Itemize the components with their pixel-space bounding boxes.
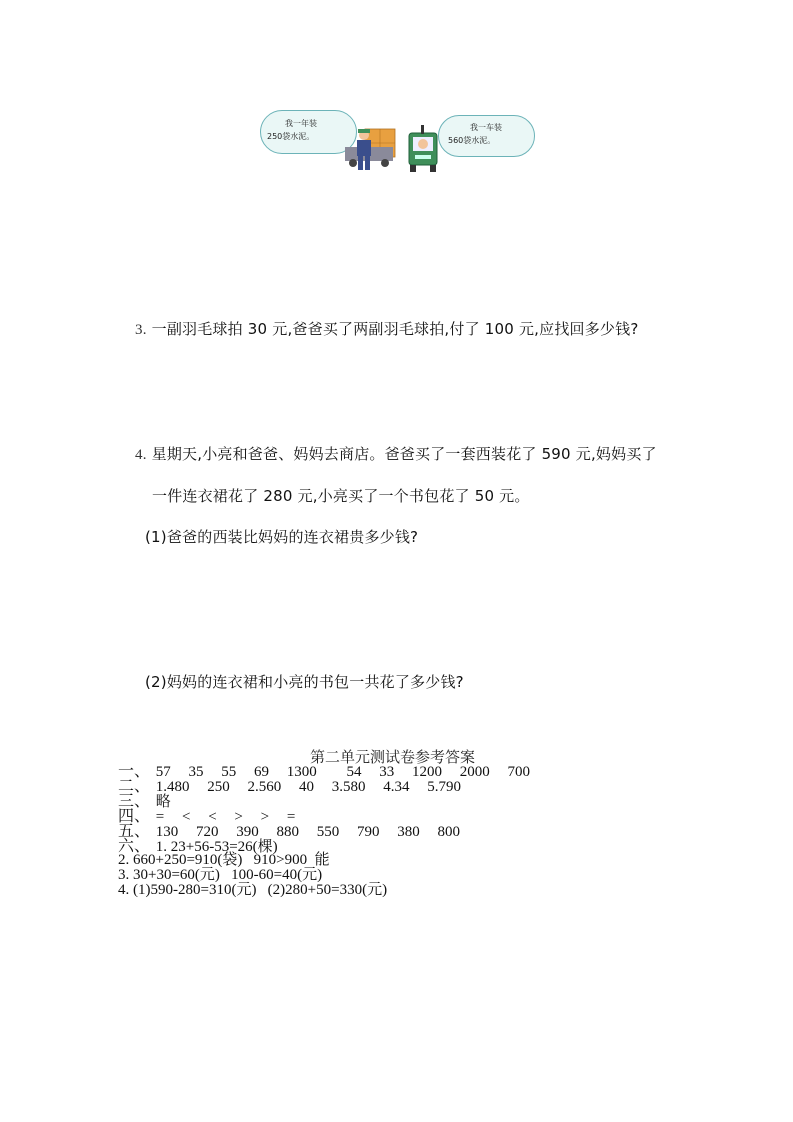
answer-item: 40 — [299, 780, 314, 795]
answer-row-5: 五、 130 720 390 880 550 790 380 800 — [118, 823, 544, 838]
answer-row-3: 三、 略 — [118, 793, 544, 808]
answer-item: 250 — [207, 780, 230, 795]
green-truck-icon — [407, 125, 439, 173]
answer-row-1: 一、 57 35 55 69 1300 54 33 1200 2000 700 — [118, 763, 544, 778]
answer-item: 800 — [438, 825, 461, 840]
answer-extra-line-2: 3. 30+30=60(元) 100-60=40(元) — [118, 868, 544, 883]
answer-item: 3.580 — [332, 780, 366, 795]
question-4-sub2: (2)妈妈的连衣裙和小亮的书包一共花了多少钱? — [145, 671, 464, 692]
answer-row-2: 二、 1.480 250 2.560 40 3.580 4.34 5.790 — [118, 778, 544, 793]
answer-item: 略 — [156, 794, 171, 809]
left-bubble-line2: 250袋水泥。 — [267, 130, 314, 143]
question-4-sub1: (1)爸爸的西装比妈妈的连衣裙贵多少钱? — [145, 526, 418, 547]
question-3-number: 3. — [135, 322, 147, 338]
illustration: 我一年装 250袋水泥。 我一车装 560袋水泥。 — [255, 105, 540, 175]
worker-truck-icon — [343, 127, 399, 173]
answer-extra-line-3: 4. (1)590-280=310(元) (2)280+50=330(元) — [118, 883, 544, 898]
question-4-text-line1: 星期天,小亮和爸爸、妈妈去商店。爸爸买了一套西装花了 590 元,妈妈买了 — [152, 445, 657, 463]
answer-label-6: 六、 — [118, 838, 152, 853]
left-bubble-line1: 我一年装 — [285, 117, 317, 130]
right-bubble-line2: 560袋水泥。 — [448, 134, 495, 147]
question-4-line1: 4. 星期天,小亮和爸爸、妈妈去商店。爸爸买了一套西装花了 590 元,妈妈买了 — [135, 443, 657, 464]
answer-item: 790 — [357, 825, 380, 840]
right-bubble-line1: 我一车装 — [470, 121, 502, 134]
answer-item: 700 — [508, 765, 531, 780]
answer-row-6: 六、 1. 23+56-53=26(棵) — [118, 838, 544, 853]
answer-row-4: 四、 = < < > > = — [118, 808, 544, 823]
answer-item: 5.790 — [427, 780, 461, 795]
answer-item: 4.34 — [383, 780, 409, 795]
answer-item: 380 — [397, 825, 420, 840]
question-3-text: 一副羽毛球拍 30 元,爸爸买了两副羽毛球拍,付了 100 元,应找回多少钱? — [152, 320, 639, 338]
answer-item: 550 — [317, 825, 340, 840]
answer-extra-line-1: 2. 660+250=910(袋) 910>900 能 — [118, 853, 544, 868]
answer-item: 2.560 — [248, 780, 282, 795]
question-3: 3. 一副羽毛球拍 30 元,爸爸买了两副羽毛球拍,付了 100 元,应找回多少… — [135, 318, 638, 339]
question-4-number: 4. — [135, 447, 147, 463]
question-4-line2: 一件连衣裙花了 280 元,小亮买了一个书包花了 50 元。 — [152, 485, 530, 506]
answers-block: 一、 57 35 55 69 1300 54 33 1200 2000 700 … — [118, 763, 544, 898]
